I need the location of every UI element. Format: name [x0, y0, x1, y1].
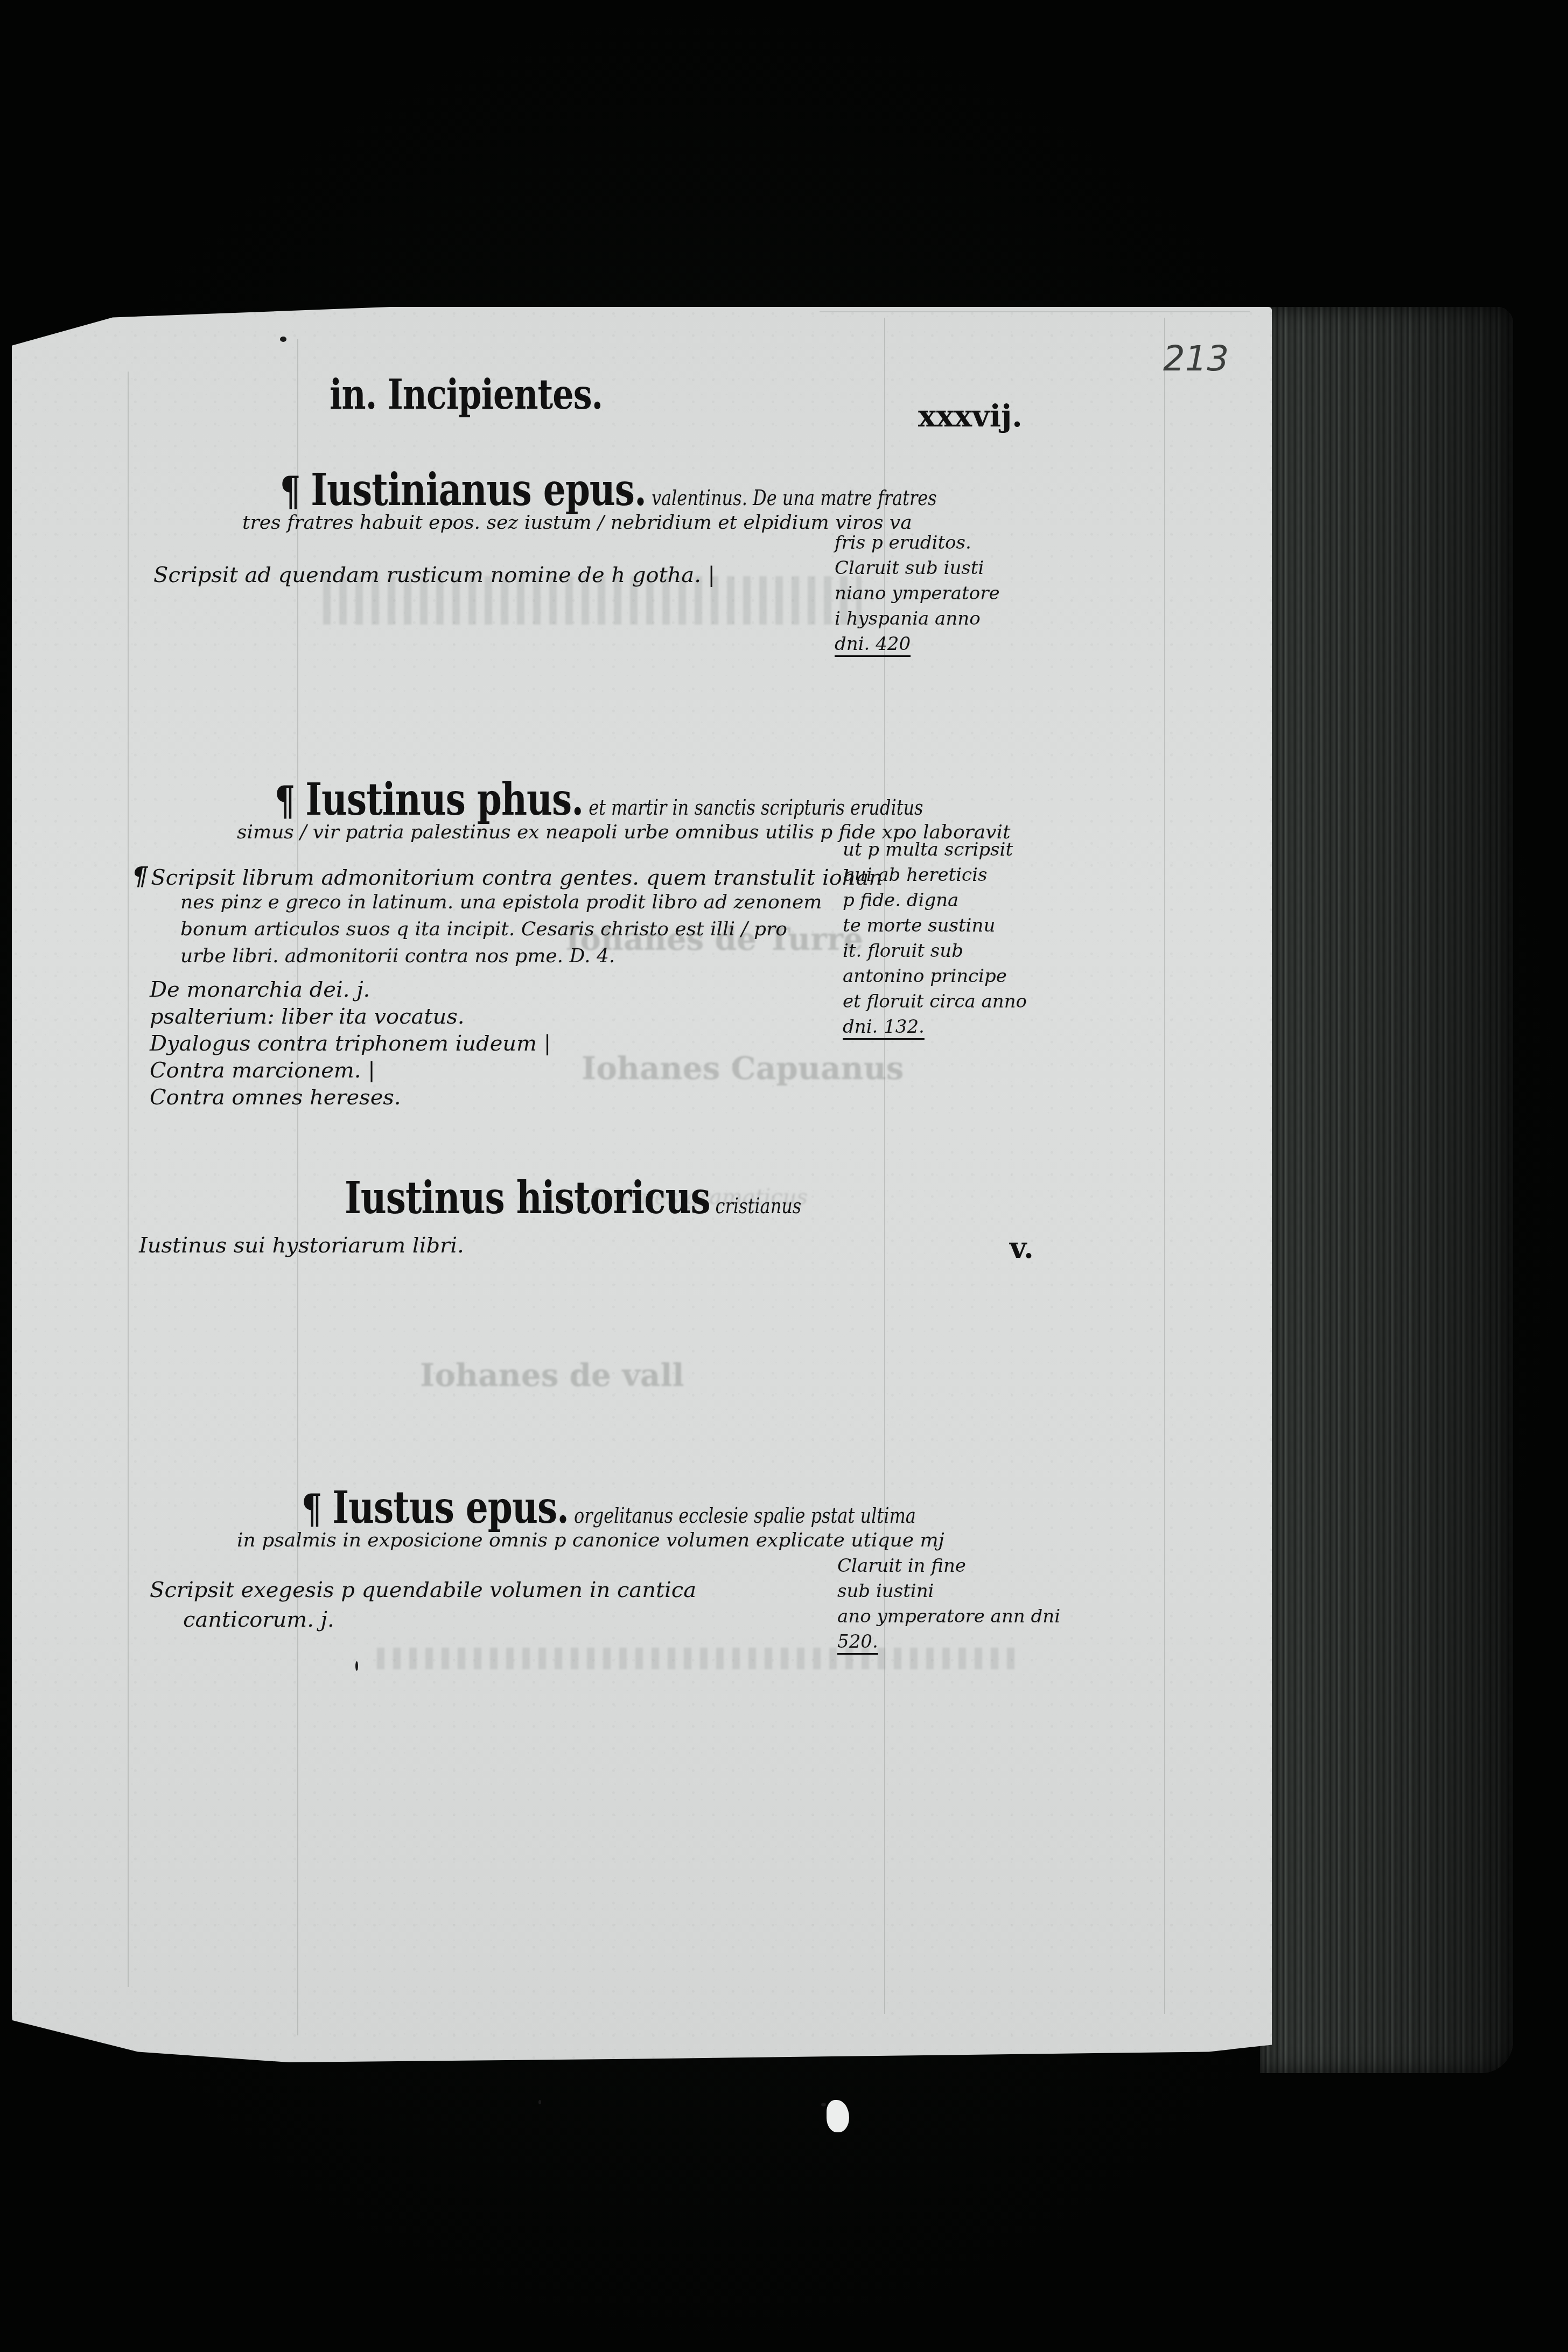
entry-line: in psalmis in exposicione omnis p canoni… [237, 1529, 944, 1551]
ruling-line-right [1164, 318, 1165, 2014]
bleed-through-heading: Iohanes Capuanus [582, 1050, 904, 1087]
work-line: Scripsit exegesis p quendabile volumen i… [150, 1578, 696, 1602]
ink-speck [821, 2103, 826, 2106]
pilcrow-icon: ¶ [302, 1486, 321, 1533]
entry-title: Iustinus historicus [345, 1172, 710, 1224]
book-fore-edge [1260, 307, 1513, 2073]
side-note-line: fris p eruditos. [835, 530, 1000, 556]
side-note-line: i hyspania anno [835, 606, 1000, 632]
side-note-line: te morte sustinu [843, 913, 1027, 939]
entry-title: Iustinus phus. [305, 773, 583, 826]
running-title: in. Incipientes. [330, 370, 603, 419]
work-line: ¶Scripsit librum admonitorium contra gen… [132, 862, 883, 891]
side-note: Claruit in fine sub iustini ano ymperato… [837, 1553, 1060, 1655]
pilcrow-icon: ¶ [280, 468, 300, 515]
entry-heading-note: et martir in sanctis scripturis eruditus [589, 795, 923, 821]
work-title: psalterium: liber ita vocatus. [150, 1004, 464, 1029]
side-note-year: 520. [837, 1629, 1060, 1655]
side-note-year: dni. 132. [843, 1014, 1027, 1040]
work-line-text: Scripsit librum admonitorium contra gent… [151, 865, 883, 890]
side-note-line: sub iustini [837, 1579, 1060, 1604]
side-note-line: it. floruit sub [843, 939, 1027, 964]
entry-heading-note: orgelitanus ecclesie spalie pstat ultima [574, 1503, 916, 1529]
entry-heading: Iustinus historicuscristianus [345, 1172, 801, 1224]
work-title: Contra marcionem. | [150, 1058, 375, 1083]
folio-number-roman: xxxvij. [918, 398, 1023, 434]
entry-title: Iustus epus. [332, 1481, 569, 1534]
work-title: De monarchia dei. j. [150, 977, 370, 1002]
ruling-line-left [297, 339, 298, 2035]
entry-title: Iustinianus epus. [311, 464, 646, 516]
ink-speck [538, 2100, 541, 2104]
margin-mark: v. [1010, 1230, 1034, 1265]
side-note-line: ut p multa scripsit [843, 837, 1027, 863]
side-note-line: p fide. digna [843, 888, 1027, 913]
entry-heading: ¶Iustinus phus.et martir in sanctis scri… [275, 773, 923, 826]
entry-heading-note: valentinus. De una matre fratres [652, 485, 937, 511]
side-note-line: qui ab hereticis [843, 863, 1027, 888]
work-line: Scripsit ad quendam rusticum nomine de h… [153, 563, 715, 587]
work-line: bonum articulos suos q ita incipit. Cesa… [180, 918, 787, 940]
ruling-line-top [820, 311, 1250, 312]
side-note: ut p multa scripsit qui ab hereticis p f… [843, 837, 1027, 1040]
work-line: Iustinus sui hystoriarum libri. [139, 1233, 464, 1258]
pilcrow-icon: ¶ [132, 862, 148, 891]
ink-speck [355, 1661, 358, 1671]
side-note: fris p eruditos. Claruit sub iusti niano… [835, 530, 1000, 657]
side-note-line: Claruit in fine [837, 1553, 1060, 1579]
side-note-line: antonino principe [843, 964, 1027, 989]
side-note-year: dni. 420 [835, 632, 1000, 657]
folio-number-pencil: 213 [1163, 339, 1229, 379]
entry-heading-note: cristianus [716, 1193, 802, 1219]
side-note-line: Claruit sub iusti [835, 556, 1000, 581]
work-title: Contra omnes hereses. [150, 1085, 401, 1110]
bleed-through-heading: Iohanes de vall [420, 1357, 684, 1394]
entry-heading: ¶Iustinianus epus.valentinus. De una mat… [280, 464, 937, 516]
side-note-line: et floruit circa anno [843, 989, 1027, 1014]
ink-speck [280, 337, 286, 342]
side-note-line: niano ymperatore [835, 581, 1000, 606]
pilcrow-icon: ¶ [275, 778, 295, 825]
work-title: Dyalogus contra triphonem iudeum | [150, 1031, 551, 1056]
work-line: nes pinz e greco in latinum. una epistol… [180, 891, 822, 913]
work-line: canticorum. j. [183, 1607, 334, 1632]
work-line: urbe libri. admonitorii contra nos pme. … [180, 945, 615, 967]
side-note-line: ano ymperatore ann dni [837, 1604, 1060, 1629]
entry-line: tres fratres habuit epos. sez iustum / n… [242, 512, 912, 534]
entry-heading: ¶Iustus epus.orgelitanus ecclesie spalie… [302, 1481, 916, 1534]
ruling-line-margin [128, 372, 129, 1987]
